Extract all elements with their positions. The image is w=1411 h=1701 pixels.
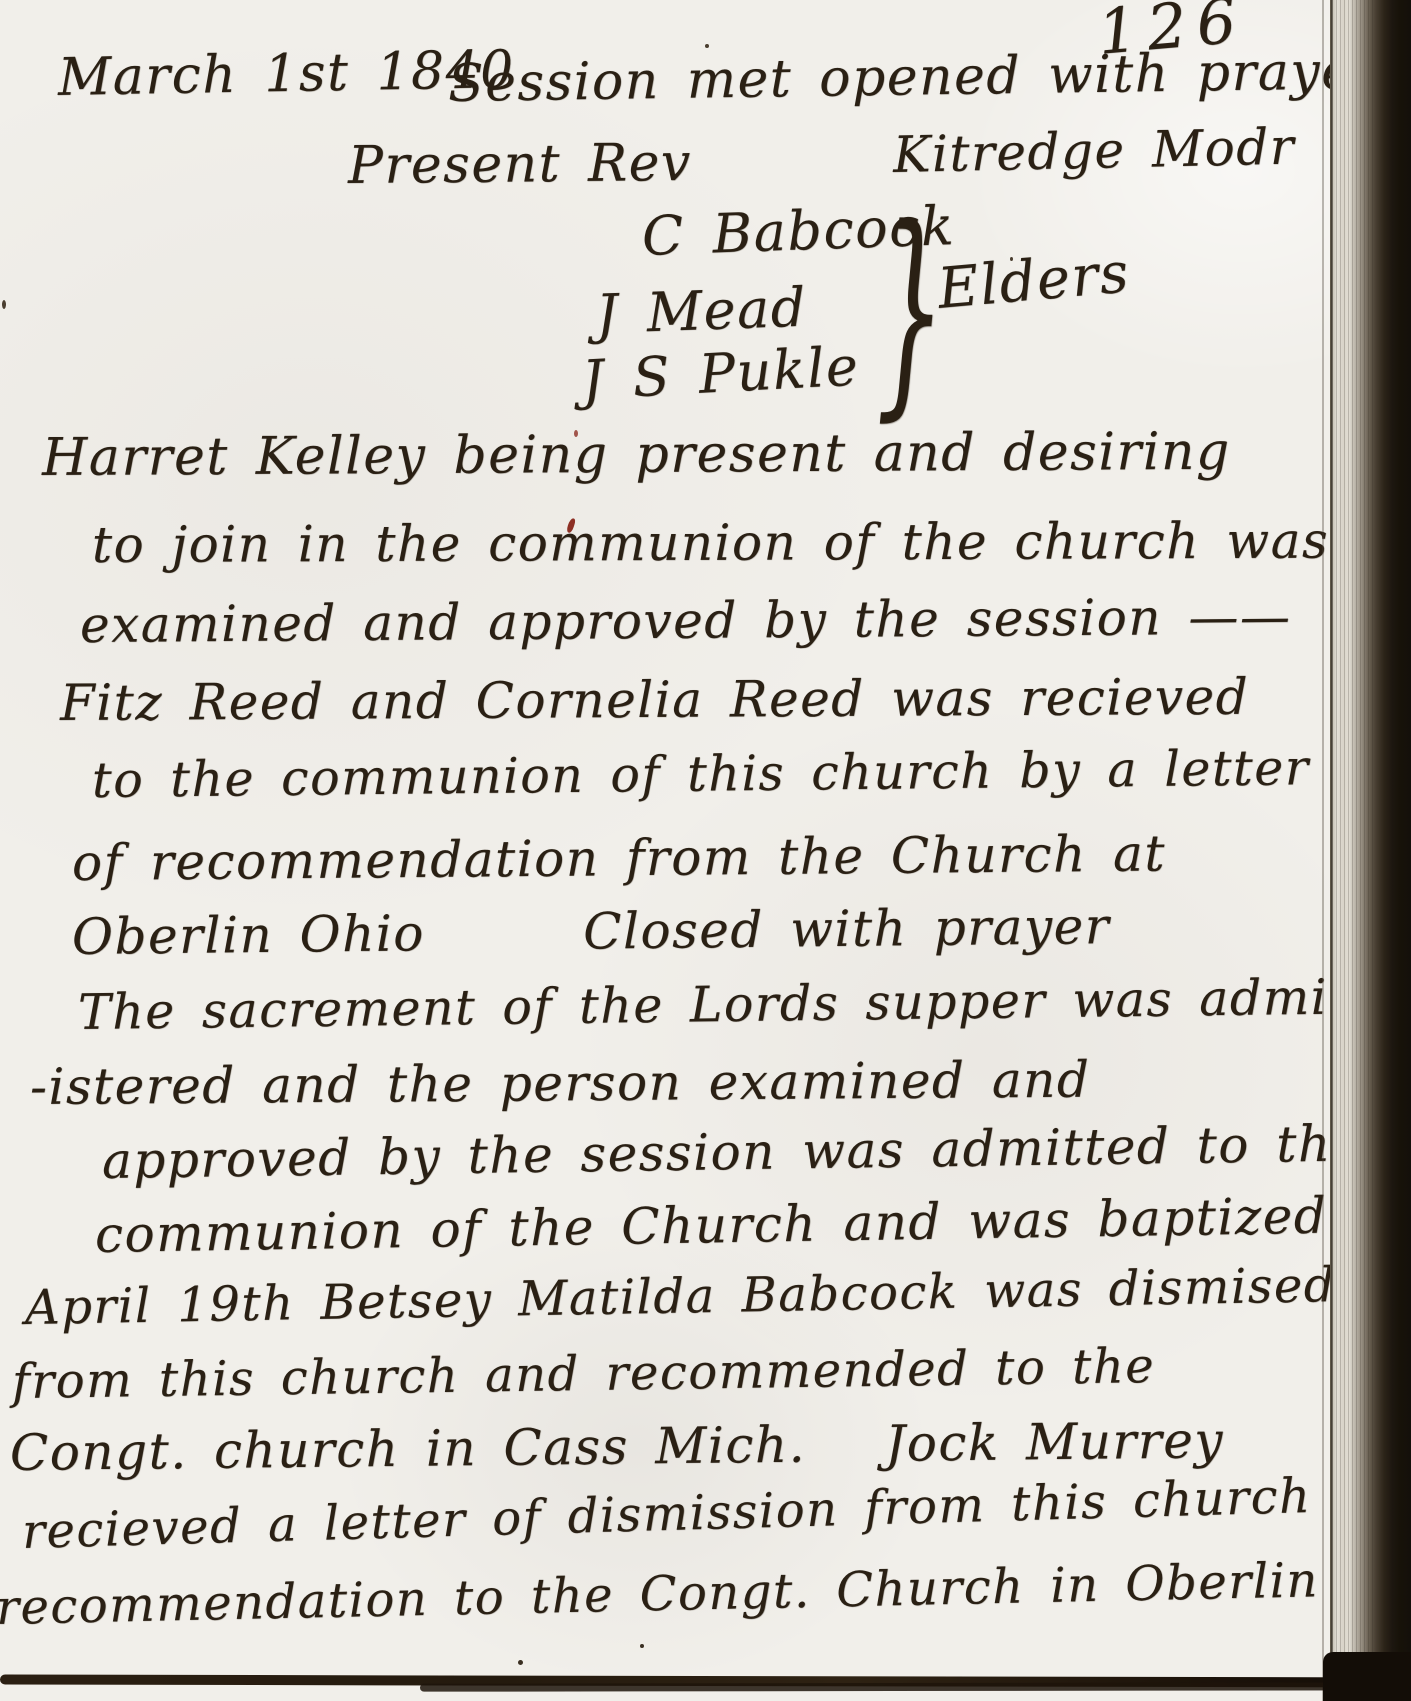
bottom-scan-edge-line: [420, 1682, 1411, 1691]
heading-moderator: Kitredge Modr: [892, 122, 1295, 180]
body-line: to join in the communion of the church w…: [92, 516, 1329, 570]
body-line: examined and approved by the session ——: [80, 592, 1292, 650]
body-line: to the communion of this church by a let…: [92, 743, 1310, 805]
body-line: communion of the Church and was baptized: [95, 1191, 1328, 1260]
body-line: of recommendation from the Church at: [72, 828, 1166, 888]
scan-fleck: [705, 44, 709, 48]
elder-name: J Mead: [595, 281, 808, 342]
heading-date: March 1st 1840: [58, 44, 516, 104]
scan-fleck: [1010, 257, 1013, 261]
scan-fleck: [518, 1660, 523, 1665]
scanned-manuscript-page: 126 March 1st 1840 Session met opened wi…: [0, 0, 1411, 1701]
body-line: The sacrement of the Lords supper was ad…: [78, 972, 1362, 1037]
body-line: April 19th Betsey Matilda Babcock was di…: [25, 1261, 1337, 1332]
heading-present: Present Rev: [348, 137, 692, 192]
book-binding-edge: [1330, 0, 1411, 1701]
body-line: recieved a letter of dismission from thi…: [21, 1469, 1411, 1556]
body-line: Congt. church in Cass Mich. Jock Murrey: [10, 1415, 1225, 1478]
bottom-right-shadow: [1323, 1652, 1411, 1701]
body-line: Oberlin Ohio Closed with prayer: [72, 901, 1111, 962]
body-line: -istered and the person examined and: [30, 1055, 1091, 1112]
scan-fleck: [640, 1644, 644, 1648]
body-line: recommendation to the Congt. Church in O…: [0, 1554, 1411, 1632]
red-ink-speck: [574, 430, 578, 437]
body-line: approved by the session was admitted to …: [102, 1118, 1363, 1186]
body-line: Fitz Reed and Cornelia Reed was recieved: [60, 672, 1249, 728]
elders-brace: }: [876, 198, 945, 422]
elder-name: J S Pukle: [581, 340, 861, 408]
body-line: from this church and recommended to the: [12, 1342, 1156, 1406]
page-edge-shadow-line: [1322, 0, 1324, 1701]
body-line: Harret Kelley being present and desiring: [42, 426, 1231, 484]
elders-label: Elders: [936, 245, 1132, 318]
heading-opening: Session met opened with prayer: [448, 45, 1381, 110]
scan-fleck: [2, 300, 6, 309]
